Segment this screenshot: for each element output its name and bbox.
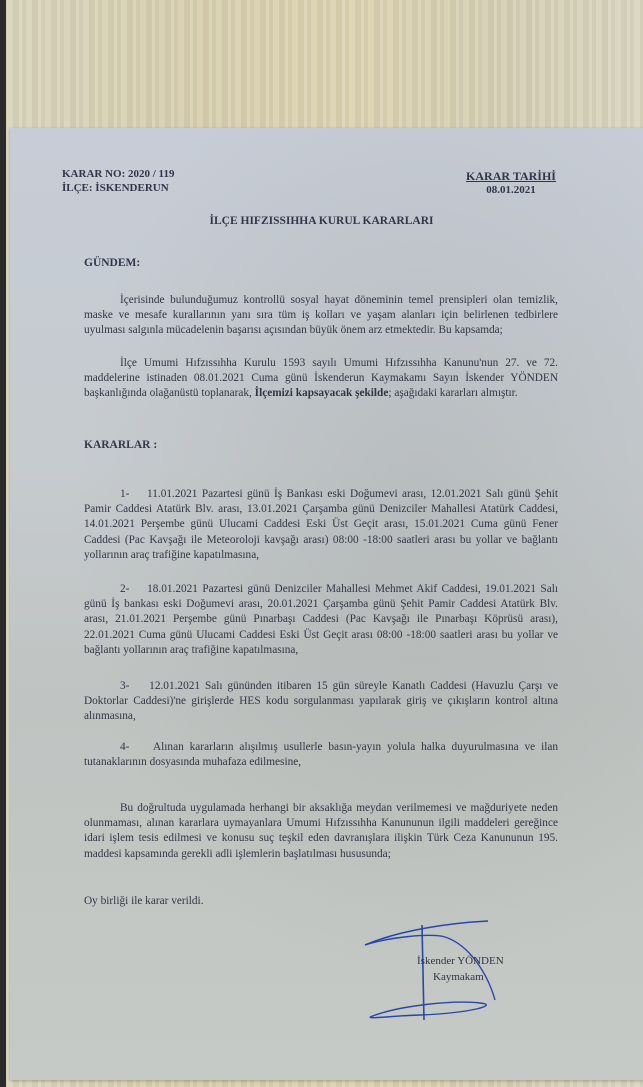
district: İLÇE: İSKENDERUN [62,181,174,195]
signatory-name: İskender YÖNDEN [417,953,504,969]
decision-number-3: 3- [120,680,129,692]
decision-text-1: 11.01.2021 Pazartesi günü İş Bankası esk… [84,488,558,561]
decision-date-label: KARAR TARİHİ [456,169,566,183]
decisions-label: KARARLAR : [84,437,157,453]
unanimous-statement: Oy birliği ile karar verildi. [84,893,204,909]
header-right: KARAR TARİHİ 08.01.2021 [456,169,566,197]
agenda-paragraph-2: İlçe Umumi Hıfzıssıhha Kurulu 1593 sayıl… [84,356,558,402]
screen-edge [0,0,6,1087]
decision-text-4: Alınan kararların alışılmış usullerle ba… [84,741,558,768]
agenda-paragraph-2-bold: İlçemizi kapsayacak şekilde [255,387,389,399]
document-title: İLÇE HIFZISSIHHA KURUL KARARLARI [0,213,643,229]
decision-item-3: 3- 12.01.2021 Salı gününden itibaren 15 … [84,679,558,725]
decision-number-2: 2- [120,583,129,595]
header-left: KARAR NO: 2020 / 119 İLÇE: İSKENDERUN [62,167,174,195]
closing-paragraph: Bu doğrultuda uygulamada herhangi bir ak… [84,801,558,862]
decision-text-2: 18.01.2021 Pazartesi günü Denizciler Mah… [84,583,558,656]
agenda-paragraph-2-end: ; aşağıdaki kararları almıştır. [388,387,517,399]
agenda-label: GÜNDEM: [84,255,140,271]
signatory-title: Kaymakam [433,969,484,985]
decision-text-3: 12.01.2021 Salı gününden itibaren 15 gün… [84,680,558,722]
agenda-paragraph-1: İçerisinde bulunduğumuz kontrollü sosyal… [84,293,558,339]
decision-number-1: 1- [120,488,129,500]
decision-item-2: 2- 18.01.2021 Pazartesi günü Denizciler … [84,582,558,658]
decision-item-4: 4- Alınan kararların alışılmış usullerle… [84,740,558,770]
decision-number-4: 4- [120,741,129,753]
decision-number: KARAR NO: 2020 / 119 [62,167,174,181]
decision-date: 08.01.2021 [456,183,566,197]
decision-item-1: 1- 11.01.2021 Pazartesi günü İş Bankası … [84,487,558,563]
